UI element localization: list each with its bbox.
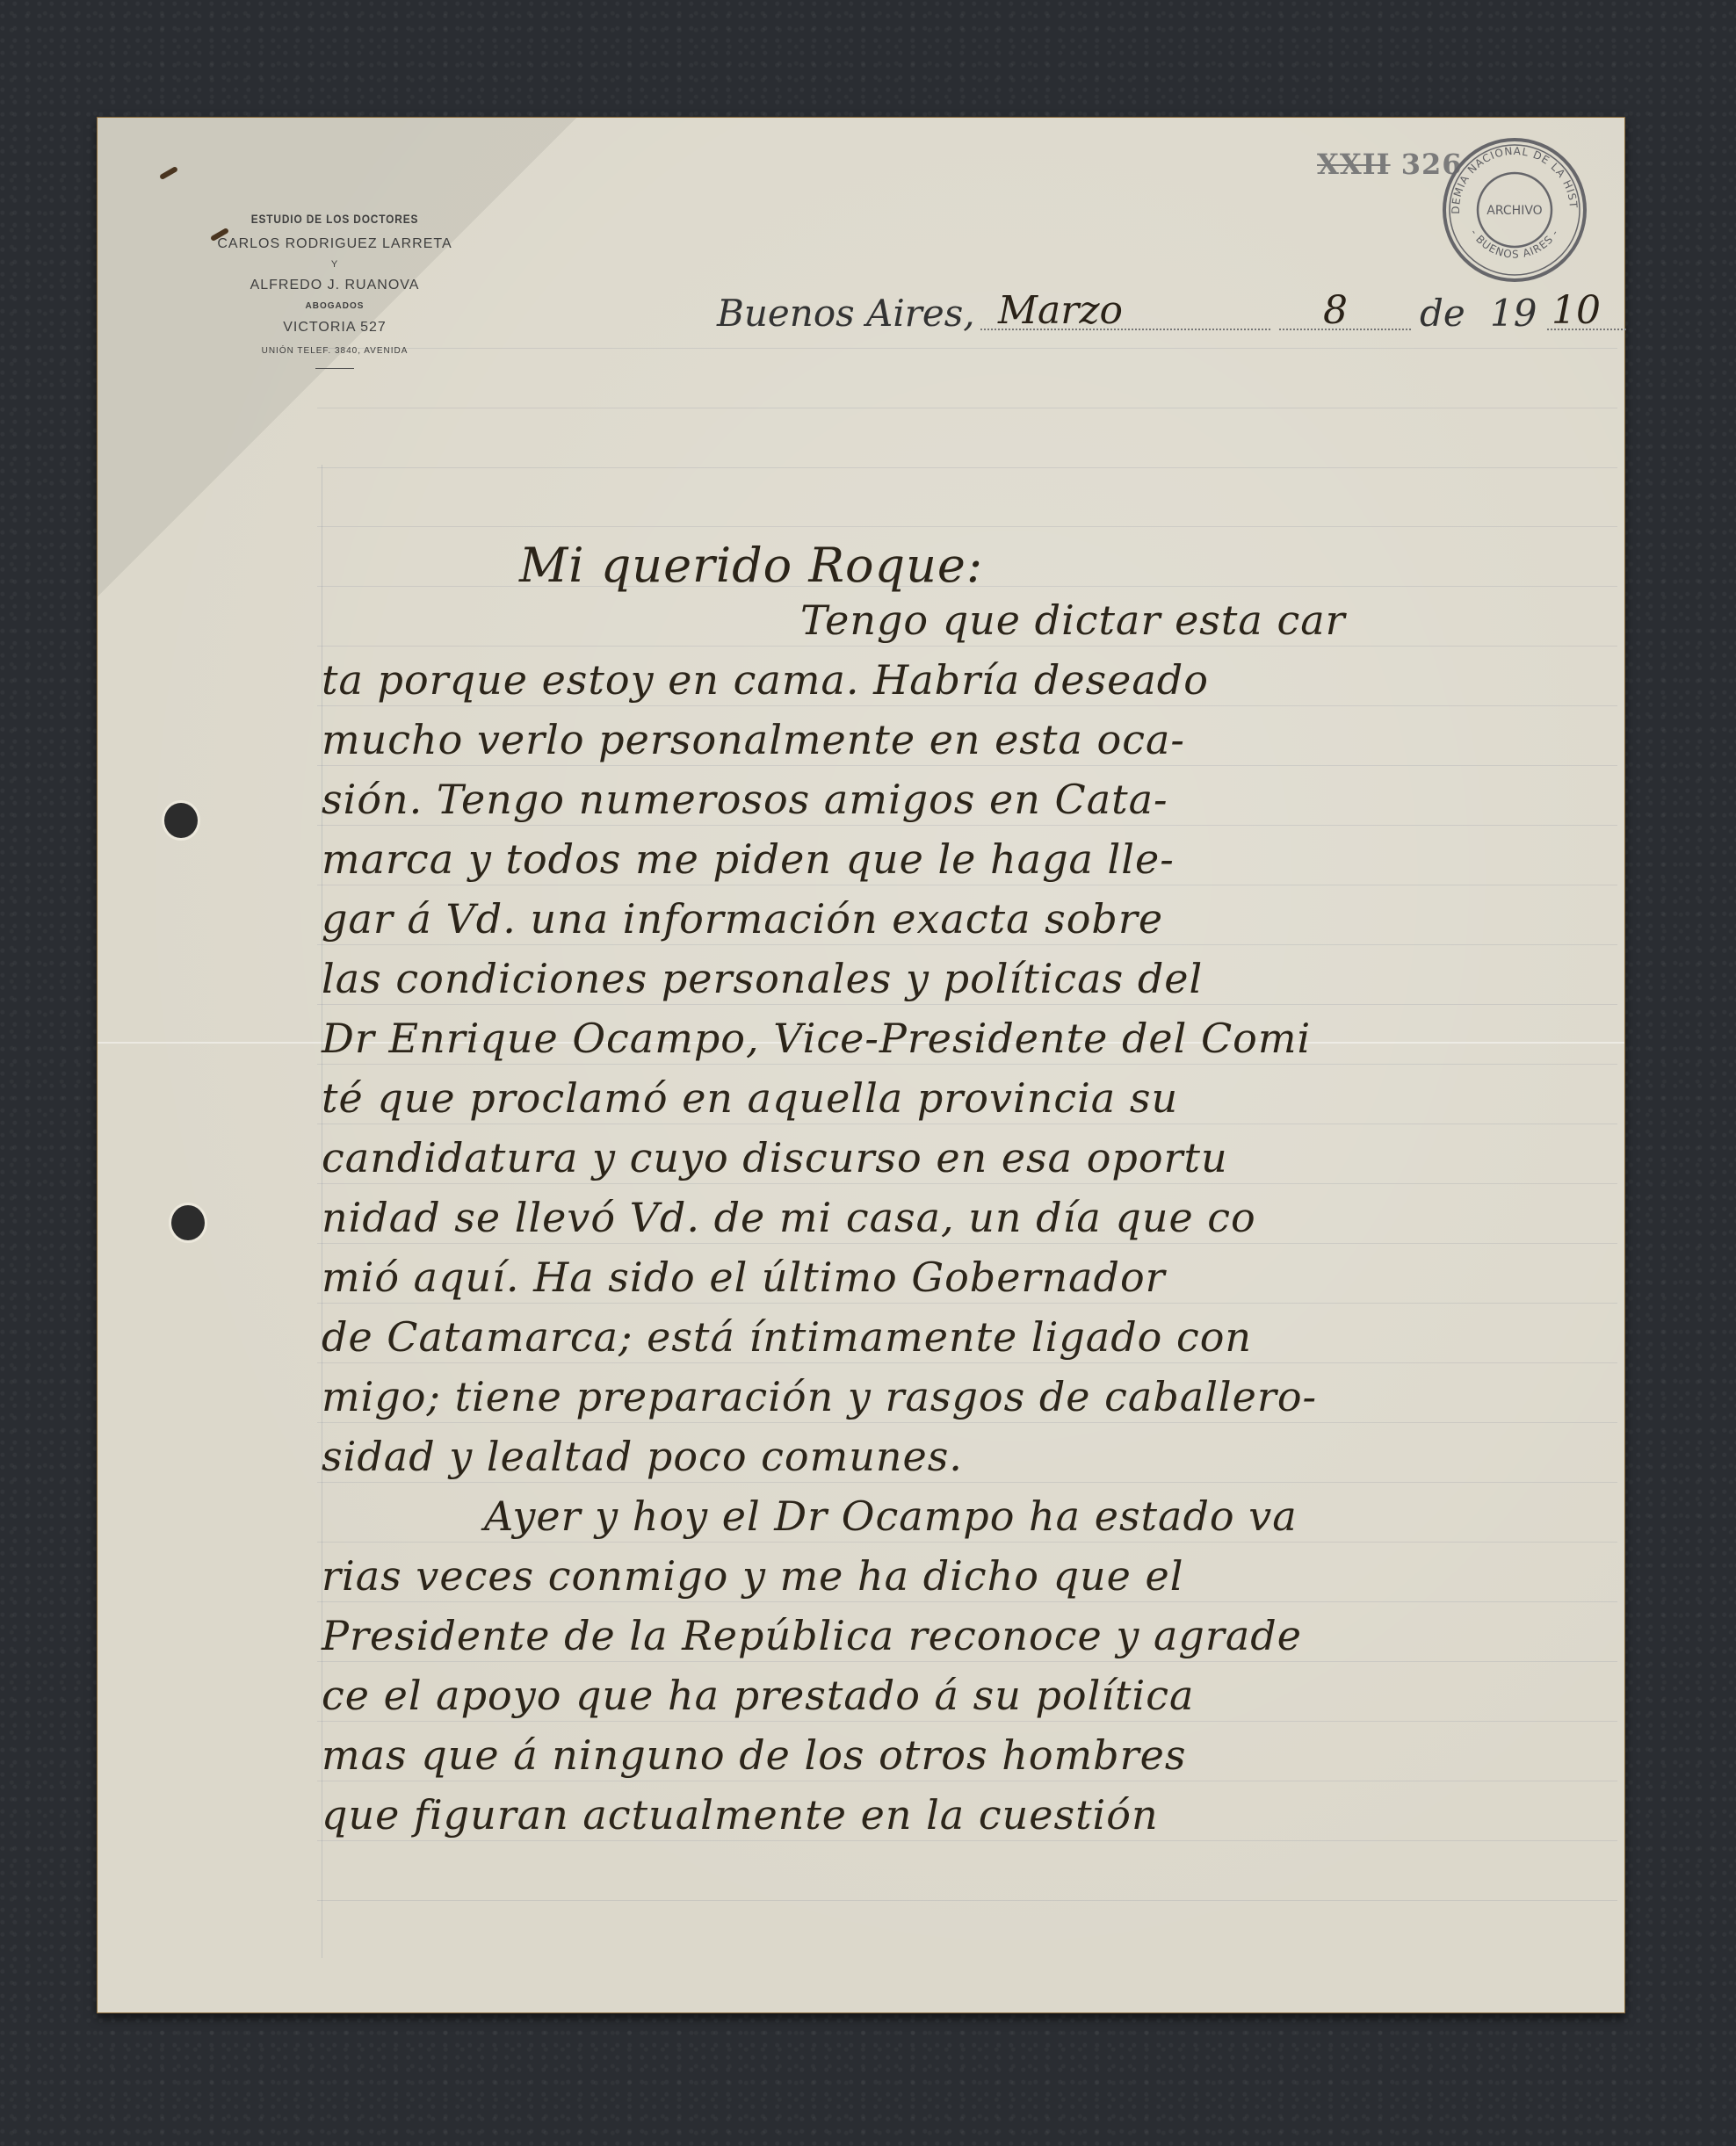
ruled-line: [317, 467, 1617, 468]
ruled-line: [317, 1303, 1617, 1304]
letterhead-firm: ESTUDIO DE LOS DOCTORES: [223, 213, 447, 225]
ruled-line: [317, 1601, 1617, 1602]
letter-line: de Catamarca; está íntimamente ligado co…: [322, 1313, 1622, 1361]
letter-line: Tengo que dictar esta car: [800, 596, 1736, 644]
archive-stamp: ACADEMIA NACIONAL DE LA HISTORIA - BUENO…: [1440, 135, 1589, 285]
ruled-line: [317, 1661, 1617, 1662]
letter-line: mas que á ninguno de los otros hombres: [322, 1731, 1622, 1779]
letter-page: ESTUDIO DE LOS DOCTORES CARLOS RODRIGUEZ…: [97, 117, 1625, 2013]
dateline: Buenos Aires, Marzo 8 de 19 10: [717, 285, 1631, 346]
letter-line: las condiciones personales y políticas d…: [322, 955, 1622, 1002]
letter-line: sidad y lealtad poco comunes.: [322, 1433, 1622, 1480]
ruled-line: [317, 885, 1617, 885]
svg-text:ACADEMIA NACIONAL DE LA HISTOR: ACADEMIA NACIONAL DE LA HISTORIA: [1440, 135, 1580, 214]
ruled-line: [317, 1900, 1617, 1901]
letter-line: mucho verlo personalmente en esta oca-: [322, 716, 1622, 763]
dateline-day: 8: [1323, 288, 1348, 333]
salutation: Mi querido Roque:: [519, 538, 1736, 593]
ruled-line: [317, 944, 1617, 945]
ruled-line: [317, 646, 1617, 647]
letterhead-address: VICTORIA 527: [203, 321, 467, 335]
ruled-line: [317, 408, 1617, 408]
letter-line: gar á Vd. una información exacta sobre: [322, 895, 1622, 943]
paper-tear: [159, 166, 178, 180]
ruled-line: [317, 1004, 1617, 1005]
ruled-line: [317, 705, 1617, 706]
dateline-place: Buenos Aires,: [717, 292, 975, 335]
ruled-line: [317, 1721, 1617, 1722]
ruled-line: [317, 1482, 1617, 1483]
archive-ref-roman: XXII: [1317, 148, 1391, 181]
letter-line: nidad se llevó Vd. de mi casa, un día qu…: [322, 1194, 1622, 1241]
letter-line: Dr Enrique Ocampo, Vice-Presidente del C…: [322, 1015, 1622, 1062]
dateline-de: de: [1420, 292, 1465, 335]
ruled-line: [317, 1124, 1617, 1124]
letter-line: ta porque estoy en cama. Habría deseado: [322, 656, 1622, 704]
dateline-year-suffix: 10: [1552, 288, 1601, 333]
letter-line: Presidente de la República reconoce y ag…: [322, 1612, 1622, 1659]
ruled-line: [317, 526, 1617, 527]
letterhead-divider: [315, 368, 354, 369]
letterhead-profession: ABOGADOS: [203, 302, 467, 311]
letter-line: ce el apoyo que ha prestado á su polític…: [322, 1672, 1622, 1719]
svg-text:- BUENOS AIRES -: - BUENOS AIRES -: [1468, 227, 1561, 260]
letterhead-conjunction: Y: [203, 260, 467, 270]
ruled-line: [317, 765, 1617, 766]
ruled-line: [317, 1781, 1617, 1781]
punch-hole: [171, 1205, 205, 1240]
letterhead-name-1: CARLOS RODRIGUEZ LARRETA: [203, 237, 467, 251]
letter-line: Ayer y hoy el Dr Ocampo ha estado va: [484, 1492, 1736, 1540]
letterhead-phone: UNIÓN TELEF. 3840, AVENIDA: [203, 347, 467, 356]
stamp-seal-icon: ACADEMIA NACIONAL DE LA HISTORIA - BUENO…: [1440, 135, 1589, 285]
letter-line: té que proclamó en aquella provincia su: [322, 1074, 1622, 1122]
punch-hole: [164, 803, 198, 838]
letterhead: ESTUDIO DE LOS DOCTORES CARLOS RODRIGUEZ…: [203, 206, 467, 369]
ruled-line: [317, 1243, 1617, 1244]
letter-line: que figuran actualmente en la cuestión: [322, 1791, 1622, 1839]
letter-line: migo; tiene preparación y rasgos de caba…: [322, 1373, 1622, 1420]
ruled-line: [317, 825, 1617, 826]
ruled-line: [317, 1840, 1617, 1841]
svg-text:ARCHIVO: ARCHIVO: [1486, 204, 1542, 218]
letter-line: marca y todos me piden que le haga lle-: [322, 835, 1622, 883]
letterhead-name-2: ALFREDO J. RUANOVA: [203, 278, 467, 293]
ruled-line: [317, 1362, 1617, 1363]
dateline-year-prefix: 19: [1490, 292, 1537, 335]
letter-line: mió aquí. Ha sido el último Gobernador: [322, 1254, 1622, 1301]
letter-line: candidatura y cuyo discurso en esa oport…: [322, 1134, 1622, 1181]
ruled-line: [317, 1422, 1617, 1423]
ruled-line: [317, 1064, 1617, 1065]
dateline-month: Marzo: [998, 288, 1123, 333]
letter-line: sión. Tengo numerosos amigos en Cata-: [322, 776, 1622, 823]
letter-line: rias veces conmigo y me ha dicho que el: [322, 1552, 1622, 1600]
ruled-line: [317, 1183, 1617, 1184]
ruled-line: [317, 348, 1617, 349]
ruled-line: [317, 1542, 1617, 1543]
